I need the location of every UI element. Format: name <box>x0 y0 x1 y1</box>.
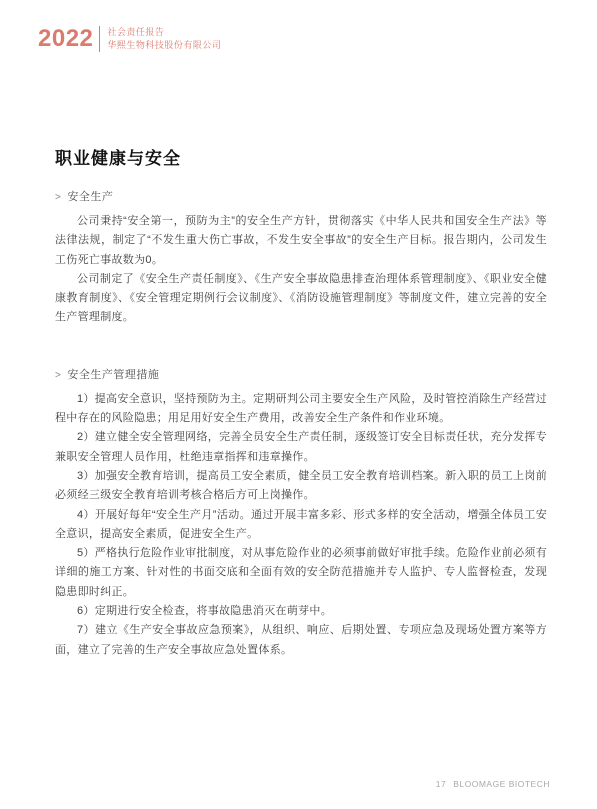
section-marker-icon: > <box>55 370 61 381</box>
page-title: 职业健康与安全 <box>55 144 547 169</box>
page-header: 2022 社会责任报告 华熙生物科技股份有限公司 <box>38 26 221 52</box>
paragraph-measure-7: 7）建立《生产安全事故应急预案》，从组织、响应、后期处置、专项应急及现场处置方案… <box>55 621 547 660</box>
header-year: 2022 <box>38 27 93 51</box>
header-company-name: 华熙生物科技股份有限公司 <box>107 39 221 52</box>
paragraph-measure-5: 5）严格执行危险作业审批制度，对从事危险作业的必须事前做好审批手续。危险作业前必… <box>55 544 547 602</box>
section-marker-icon: > <box>55 192 61 203</box>
paragraph-measure-6: 6）定期进行安全检查，将事故隐患消灭在萌芽中。 <box>55 602 547 621</box>
page-content: 职业健康与安全 >安全生产 公司秉持“安全第一，预防为主”的安全生产方针，贯彻落… <box>55 144 547 660</box>
section-safety-management-measures: >安全生产管理措施 1）提高安全意识，坚持预防为主。定期研判公司主要安全生产风险… <box>55 366 547 660</box>
paragraph-measure-3: 3）加强安全教育培训，提高员工安全素质，健全员工安全教育培训档案。新入职的员工上… <box>55 467 547 506</box>
report-page: 2022 社会责任报告 华熙生物科技股份有限公司 职业健康与安全 >安全生产 公… <box>0 0 597 809</box>
section-heading-safety-management-measures: >安全生产管理措施 <box>55 366 547 382</box>
section-heading-label: 安全生产管理措施 <box>67 369 159 381</box>
brand-name: BLOOMAGE BIOTECH <box>453 779 550 789</box>
paragraph: 公司秉持“安全第一，预防为主”的安全生产方针，贯彻落实《中华人民共和国安全生产法… <box>55 212 547 270</box>
header-divider <box>99 26 100 52</box>
section-safety-production: >安全生产 公司秉持“安全第一，预防为主”的安全生产方针，贯彻落实《中华人民共和… <box>55 188 547 328</box>
paragraph: 公司制定了《安全生产责任制度》、《生产安全事故隐患排查治理体系管理制度》、《职业… <box>55 270 547 328</box>
paragraph-measure-4: 4）开展好每年“安全生产月”活动。通过开展丰富多彩、形式多样的安全活动，增强全体… <box>55 506 547 545</box>
header-subtitles: 社会责任报告 华熙生物科技股份有限公司 <box>107 26 221 52</box>
paragraph-measure-2: 2）建立健全安全管理网络，完善全员安全生产责任制，逐级签订安全目标责任状，充分发… <box>55 428 547 467</box>
page-number: 17 <box>436 779 446 789</box>
section-heading-safety-production: >安全生产 <box>55 188 547 204</box>
paragraph-measure-1: 1）提高安全意识，坚持预防为主。定期研判公司主要安全生产风险，及时管控消除生产经… <box>55 390 547 429</box>
page-footer: 17BLOOMAGE BIOTECH <box>436 779 550 789</box>
header-report-title: 社会责任报告 <box>107 26 221 39</box>
section-heading-label: 安全生产 <box>67 191 113 203</box>
